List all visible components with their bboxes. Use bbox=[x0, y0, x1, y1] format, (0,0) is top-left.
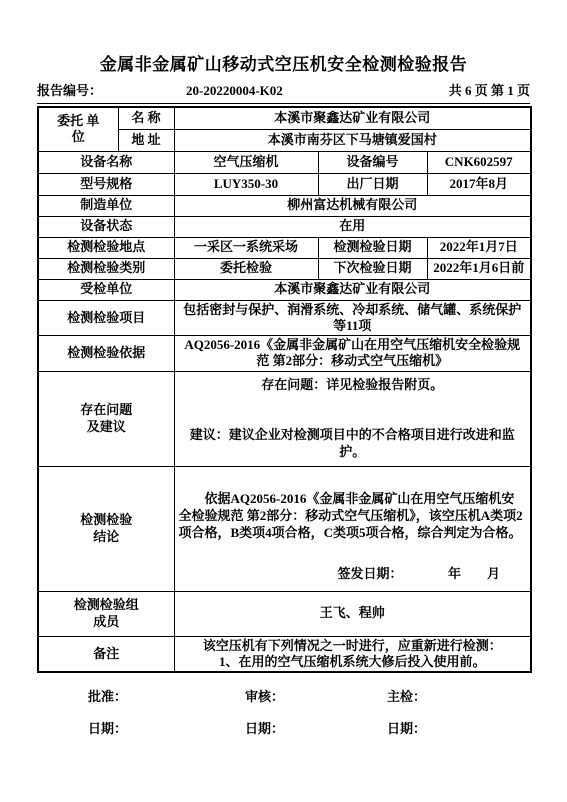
report-number-value: 20-20220004-K02 bbox=[186, 83, 283, 99]
report-number-label: 报告编号： bbox=[37, 80, 102, 99]
client-address-label: 地 址 bbox=[118, 129, 174, 151]
table-row: 检测检验类别 委托检验 下次检验日期 2022年1月6日前 bbox=[38, 258, 531, 279]
review-date-label: 日期： bbox=[245, 718, 387, 737]
problems-suggestions-cell: 存在问题：详见检验报告附页。 建议：建议企业对检测项目中的不合格项目进行改进和监… bbox=[174, 371, 531, 466]
table-row: 检测检验 结论 依据AQ2056-2016《金属非金属矿山在用空气压缩机安全检验… bbox=[38, 466, 531, 591]
problems-suggestions-label: 存在问题 及建议 bbox=[38, 371, 174, 466]
table-row: 备注 该空压机有下列情况之一时进行，应重新进行检测： 1、在用的空气压缩机系统大… bbox=[38, 636, 531, 672]
next-inspection-date-value: 2022年1月6日前 bbox=[427, 258, 531, 279]
table-row: 型号规格 LUY350-30 出厂日期 2017年8月 bbox=[38, 173, 531, 195]
conclusion-cell: 依据AQ2056-2016《金属非金属矿山在用空气压缩机安全检验规范 第2部分：… bbox=[174, 466, 531, 591]
mfg-date-label: 出厂日期 bbox=[318, 173, 427, 195]
device-status-value: 在用 bbox=[174, 216, 531, 237]
client-name-label: 名 称 bbox=[118, 107, 174, 129]
reviewer-column: 审核： 日期： bbox=[245, 686, 387, 737]
conclusion-text: 依据AQ2056-2016《金属非金属矿山在用空气压缩机安全检验规范 第2部分：… bbox=[179, 491, 527, 542]
client-address-value: 本溪市南芬区下马塘镇爱国村 bbox=[174, 129, 531, 151]
inspection-date-label: 检测检验日期 bbox=[318, 237, 427, 258]
inspected-unit-value: 本溪市聚鑫达矿业有限公司 bbox=[174, 279, 531, 300]
conclusion-label: 检测检验 结论 bbox=[38, 466, 174, 591]
inspection-report-table: 委托 单 位 名 称 本溪市聚鑫达矿业有限公司 地 址 本溪市南芬区下马塘镇爱国… bbox=[37, 106, 532, 673]
inspection-items-value: 包括密封与保护、润滑系统、冷却系统、储气罐、系统保护等11项 bbox=[174, 300, 531, 336]
device-name-value: 空气压缩机 bbox=[174, 151, 318, 173]
inspection-items-label: 检测检验项目 bbox=[38, 300, 174, 336]
manufacturer-label: 制造单位 bbox=[38, 195, 174, 216]
report-number-line: 报告编号： 20-20220004-K02 共 6 页 第 1 页 bbox=[37, 80, 530, 104]
device-name-label: 设备名称 bbox=[38, 151, 174, 173]
chief-label: 主检： bbox=[387, 686, 544, 705]
client-unit-label: 委托 单 位 bbox=[38, 107, 118, 151]
remark-value: 该空压机有下列情况之一时进行，应重新进行检测： 1、在用的空气压缩机系统大修后投… bbox=[174, 636, 531, 672]
table-row: 受检单位 本溪市聚鑫达矿业有限公司 bbox=[38, 279, 531, 300]
model-label: 型号规格 bbox=[38, 173, 174, 195]
inspection-location-label: 检测检验地点 bbox=[38, 237, 174, 258]
table-row: 制造单位 柳州富达机械有限公司 bbox=[38, 195, 531, 216]
device-status-label: 设备状态 bbox=[38, 216, 174, 237]
inspection-category-label: 检测检验类别 bbox=[38, 258, 174, 279]
manufacturer-value: 柳州富达机械有限公司 bbox=[174, 195, 531, 216]
inspection-location-value: 一采区一系统采场 bbox=[174, 237, 318, 258]
remark-label: 备注 bbox=[38, 636, 174, 672]
table-row: 检测检验地点 一采区一系统采场 检测检验日期 2022年1月7日 bbox=[38, 237, 531, 258]
page-title: 金属非金属矿山移动式空压机安全检测检验报告 bbox=[0, 50, 567, 75]
chief-date-label: 日期： bbox=[387, 718, 544, 737]
approve-label: 批准： bbox=[88, 686, 245, 705]
next-inspection-date-label: 下次检验日期 bbox=[318, 258, 427, 279]
signature-footer: 批准： 日期： 审核： 日期： 主检： 日期： bbox=[88, 686, 567, 737]
sign-date-line: 签发日期： 年 月 bbox=[179, 566, 527, 582]
approve-date-label: 日期： bbox=[88, 718, 245, 737]
client-name-value: 本溪市聚鑫达矿业有限公司 bbox=[174, 107, 531, 129]
device-number-label: 设备编号 bbox=[318, 151, 427, 173]
table-row: 设备名称 空气压缩机 设备编号 CNK602597 bbox=[38, 151, 531, 173]
inspection-team-value: 王飞、程帅 bbox=[174, 591, 531, 636]
approver-column: 批准： 日期： bbox=[88, 686, 245, 737]
table-row: 检测检验项目 包括密封与保护、润滑系统、冷却系统、储气罐、系统保护等11项 bbox=[38, 300, 531, 336]
review-label: 审核： bbox=[245, 686, 387, 705]
device-number-value: CNK602597 bbox=[427, 151, 531, 173]
report-page: 金属非金属矿山移动式空压机安全检测检验报告 报告编号： 20-20220004-… bbox=[0, 0, 567, 802]
table-row: 设备状态 在用 bbox=[38, 216, 531, 237]
page-count: 共 6 页 第 1 页 bbox=[449, 80, 530, 99]
chief-inspector-column: 主检： 日期： bbox=[387, 686, 544, 737]
table-row: 存在问题 及建议 存在问题：详见检验报告附页。 建议：建议企业对检测项目中的不合… bbox=[38, 371, 531, 466]
table-row: 检测检验依据 AQ2056-2016《金属非金属矿山在用空气压缩机安全检验规范 … bbox=[38, 336, 531, 372]
inspected-unit-label: 受检单位 bbox=[38, 279, 174, 300]
problems-line: 存在问题：详见检验报告附页。 bbox=[179, 377, 527, 393]
inspection-date-value: 2022年1月7日 bbox=[427, 237, 531, 258]
table-row: 检测检验组 成员 王飞、程帅 bbox=[38, 591, 531, 636]
suggestion-line: 建议：建议企业对检测项目中的不合格项目进行改进和监护。 bbox=[179, 427, 527, 460]
inspection-team-label: 检测检验组 成员 bbox=[38, 591, 174, 636]
table-row: 委托 单 位 名 称 本溪市聚鑫达矿业有限公司 bbox=[38, 107, 531, 129]
inspection-category-value: 委托检验 bbox=[174, 258, 318, 279]
inspection-basis-value: AQ2056-2016《金属非金属矿山在用空气压缩机安全检验规范 第2部分：移动… bbox=[174, 336, 531, 372]
inspection-basis-label: 检测检验依据 bbox=[38, 336, 174, 372]
model-value: LUY350-30 bbox=[174, 173, 318, 195]
mfg-date-value: 2017年8月 bbox=[427, 173, 531, 195]
